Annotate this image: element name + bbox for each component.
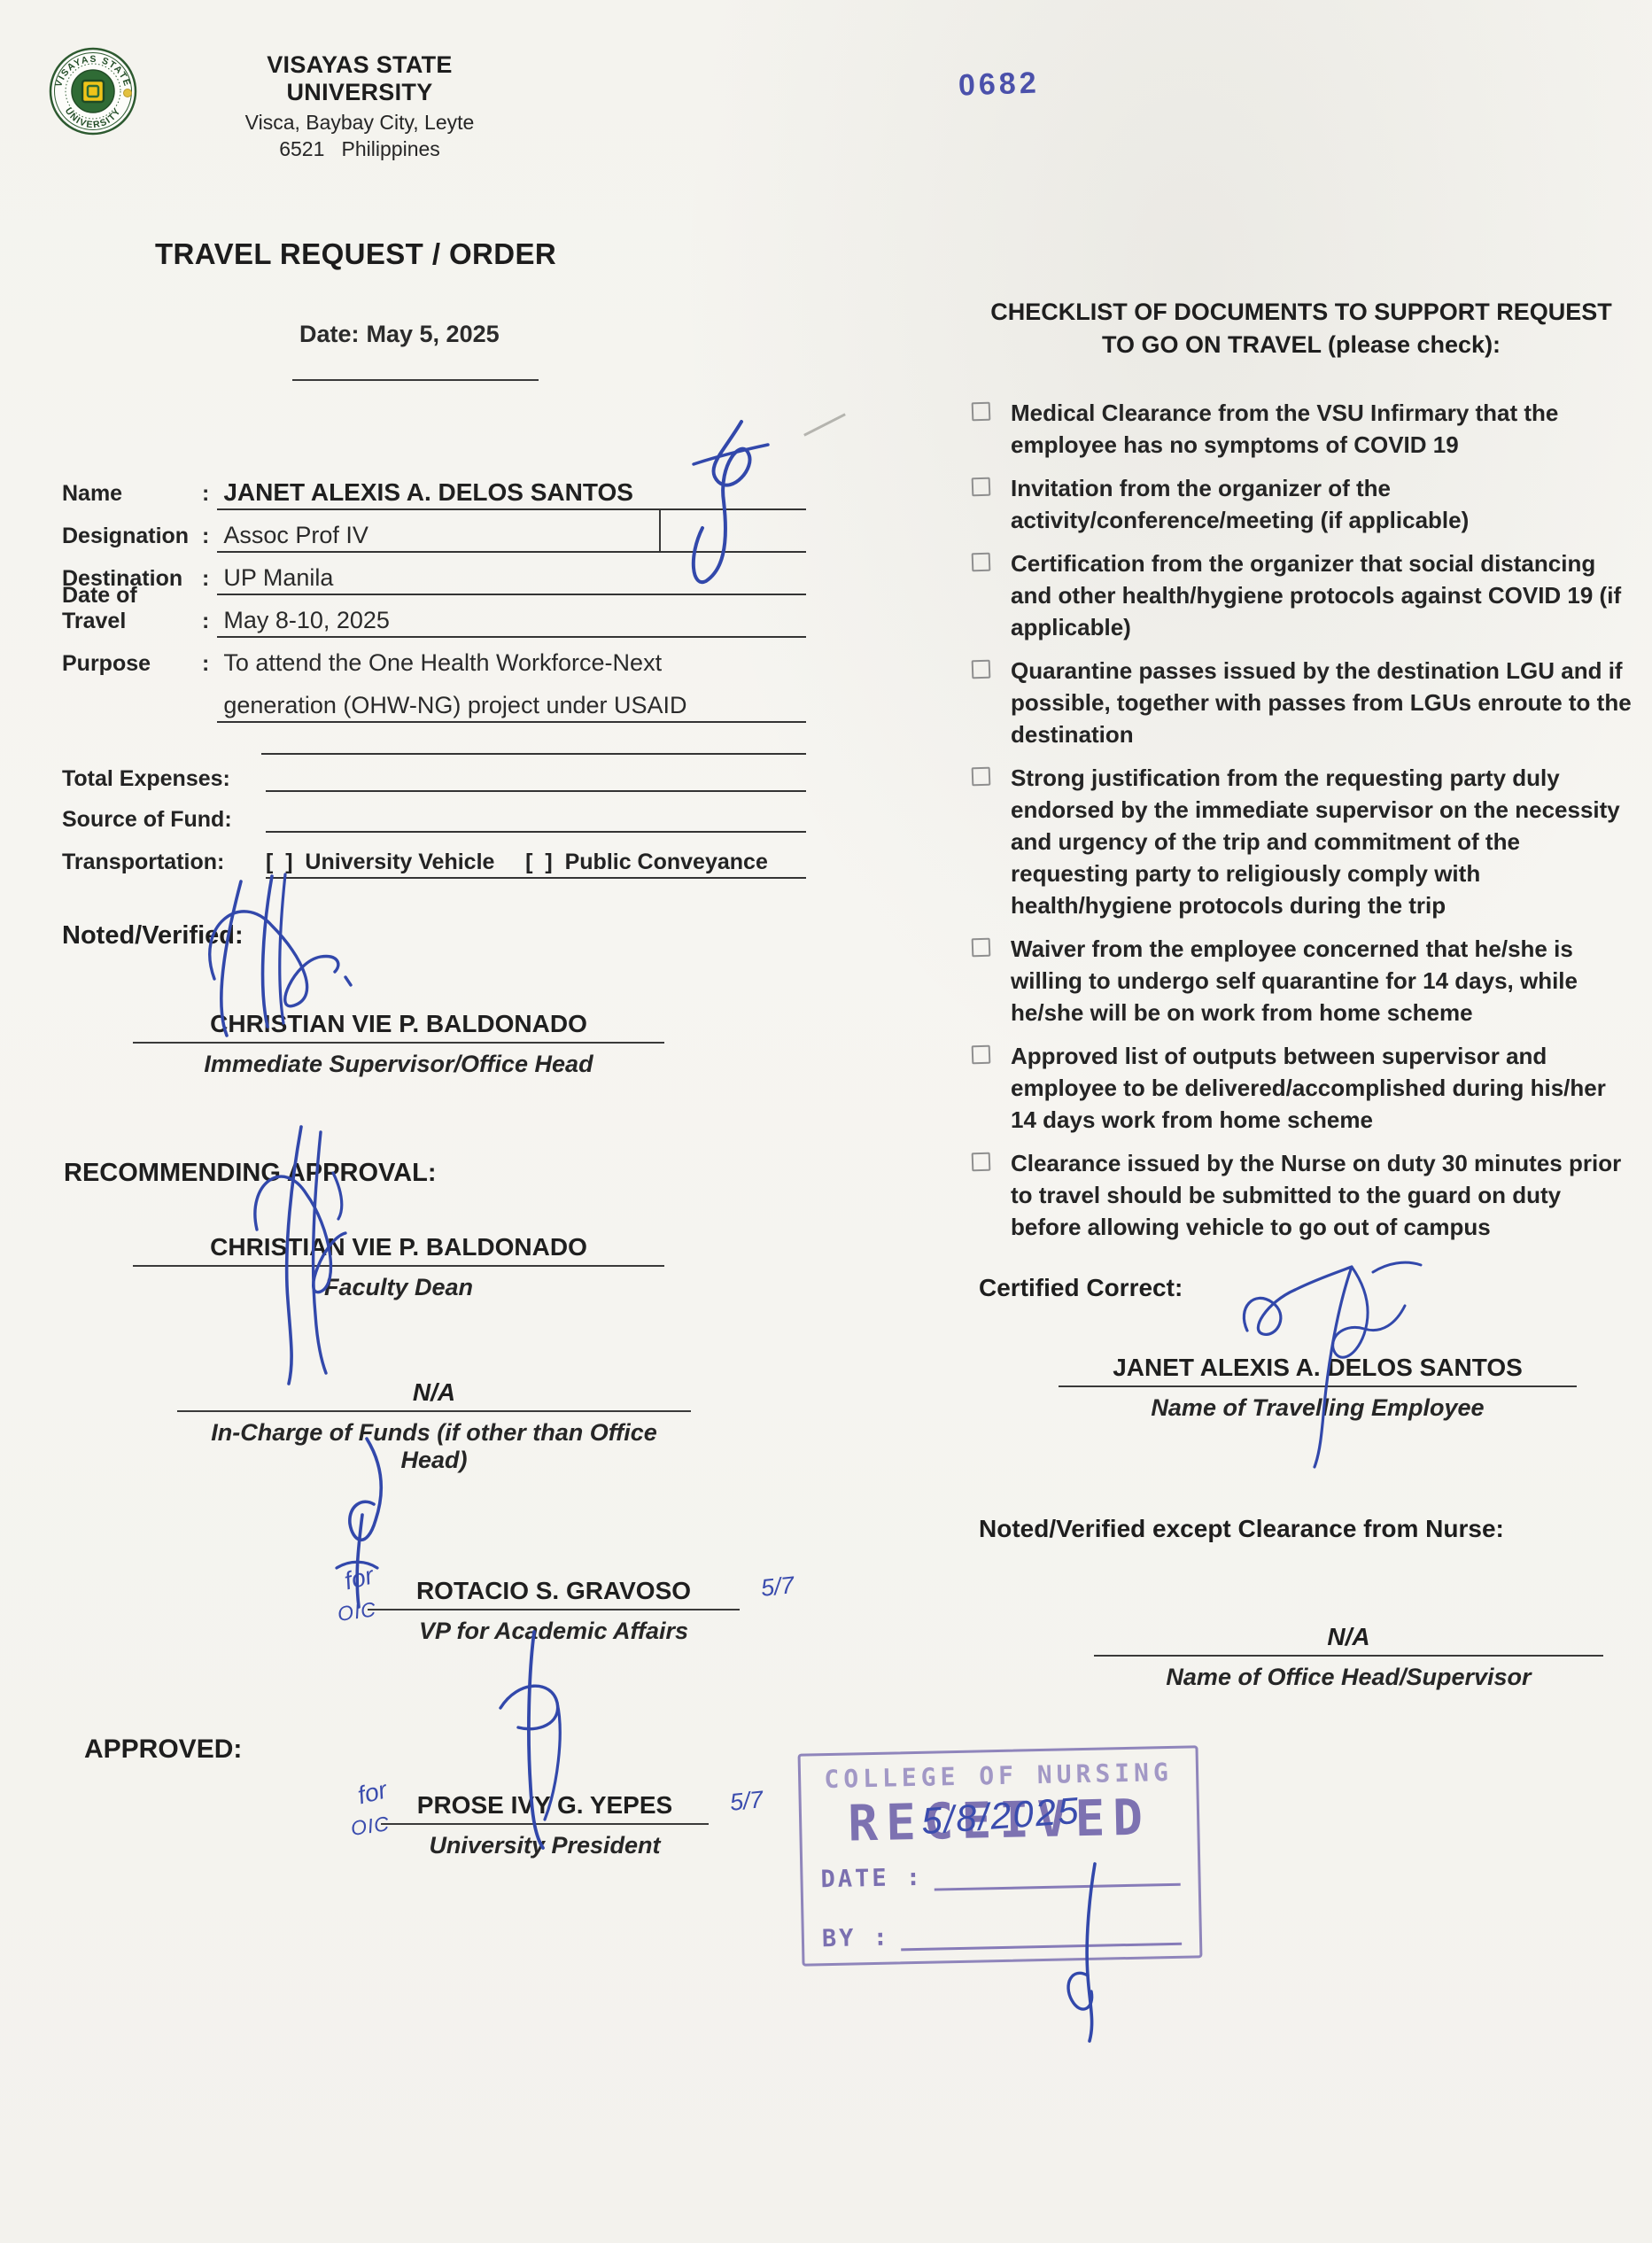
funds-signature-block: N/A In-Charge of Funds (if other than Of… (177, 1378, 691, 1474)
university-address-line2: 6521 Philippines (211, 137, 508, 161)
certified-correct-heading: Certified Correct: (979, 1274, 1183, 1302)
checkbox-icon (972, 1153, 991, 1172)
purpose-label: Purpose (62, 651, 202, 677)
designation-label: Designation (62, 524, 202, 549)
field-row-designation: Designation : Assoc Prof IV (62, 510, 806, 553)
received-stamp: COLLEGE OF NURSING RECEIVED DATE : BY : (798, 1745, 1203, 1966)
vp-signature-line (368, 1609, 740, 1610)
president-signature-block: for OIC 5/7 PROSE IVY G. YEPES Universit… (381, 1791, 709, 1859)
vp-name: ROTACIO S. GRAVOSO (368, 1577, 740, 1605)
form-fields: Name : JANET ALEXIS A. DELOS SANTOS Desi… (62, 468, 806, 755)
purpose-value-line2: generation (OHW-NG) project under USAID (223, 692, 686, 719)
transportation-underline (266, 877, 806, 879)
president-signature-line (381, 1823, 709, 1825)
stamp-date-row: DATE : (820, 1859, 1181, 1893)
checkbox-icon (972, 402, 991, 422)
checklist-items: Medical Clearance from the VSU Infirmary… (970, 397, 1633, 1243)
checkbox-icon (972, 938, 991, 958)
empty-continuation-row (62, 723, 806, 755)
checkbox-icon (972, 477, 991, 497)
funds-signature-line (177, 1410, 691, 1412)
travelling-employee-title: Name of Travelling Employee (1059, 1394, 1577, 1422)
transportation-label: Transportation: (62, 850, 266, 875)
travel-date-label: Date of Travel (62, 583, 202, 634)
letterhead: VISAYAS STATE UNIVERSITY Visca, Baybay C… (211, 51, 508, 161)
purpose-value-line1: To attend the One Health Workforce-Next (223, 649, 662, 677)
travel-date-value: May 8-10, 2025 (223, 607, 390, 634)
office-head-signature-line (1094, 1655, 1603, 1657)
field-row-travel-date: Date of Travel : May 8-10, 2025 (62, 595, 806, 638)
designation-colon: : (202, 524, 209, 549)
destination-colon: : (202, 566, 209, 592)
checklist-section: CHECKLIST OF DOCUMENTS TO SUPPORT REQUES… (970, 296, 1633, 1254)
checklist-item: Clearance issued by the Nurse on duty 30… (970, 1147, 1633, 1243)
name-colon: : (202, 481, 209, 507)
travel-request-document: VISAYAS STATE UNIVERSITY VISAYAS STATE U… (0, 0, 1652, 2243)
total-expenses-label: Total Expenses: (62, 766, 266, 792)
source-of-fund-row: Source of Fund: (62, 796, 806, 836)
field-row-name: Name : JANET ALEXIS A. DELOS SANTOS (62, 468, 806, 510)
university-seal-logo: VISAYAS STATE UNIVERSITY (49, 47, 137, 136)
transportation-row: Transportation: [ ] University Vehicle [… (62, 836, 806, 879)
name-value: JANET ALEXIS A. DELOS SANTOS (223, 478, 633, 507)
recommending-approval-heading: RECOMMENDING APPROVAL: (64, 1159, 437, 1188)
total-expenses-underline (266, 753, 806, 792)
pencil-check-mark (803, 413, 846, 436)
handwritten-control-number: 0682 (958, 66, 1040, 103)
dean-name: CHRISTIAN VIE P. BALDONADO (133, 1233, 664, 1261)
president-name: PROSE IVY G. YEPES (381, 1791, 709, 1820)
date-value: May 5, 2025 (367, 321, 500, 347)
name-label: Name (62, 481, 202, 507)
university-address-line1: Visca, Baybay City, Leyte (211, 111, 508, 135)
travel-date-colon: : (202, 609, 209, 634)
supervisor-name: CHRISTIAN VIE P. BALDONADO (133, 1010, 664, 1038)
office-head-title: Name of Office Head/Supervisor (1094, 1664, 1603, 1691)
purpose-colon: : (202, 651, 209, 677)
checklist-item: Waiver from the employee concerned that … (970, 933, 1633, 1028)
expenses-section: Total Expenses: Source of Fund: Transpor… (62, 755, 806, 879)
dean-title: Faculty Dean (133, 1274, 664, 1301)
vp-signature-block: for OIC 5/7 ROTACIO S. GRAVOSO VP for Ac… (368, 1577, 740, 1645)
stamp-date-label: DATE : (820, 1864, 923, 1893)
date-row: Date:May 5, 2025 (299, 321, 500, 348)
dean-signature-line (133, 1265, 664, 1267)
checklist-heading-line2: TO GO ON TRAVEL (please check): (970, 329, 1633, 361)
checklist-item: Medical Clearance from the VSU Infirmary… (970, 397, 1633, 461)
stamp-by-row: BY : (822, 1918, 1183, 1952)
checkbox-icon (972, 553, 991, 572)
checklist-item-text: Approved list of outputs between supervi… (1011, 1043, 1606, 1133)
checklist-item-text: Strong justification from the requesting… (1011, 764, 1620, 919)
travelling-employee-signature-line (1059, 1385, 1577, 1387)
checklist-item-text: Waiver from the employee concerned that … (1011, 935, 1578, 1026)
field-row-purpose: Purpose : To attend the One Health Workf… (62, 638, 806, 680)
travelling-employee-name: JANET ALEXIS A. DELOS SANTOS (1059, 1354, 1577, 1382)
destination-value: UP Manila (223, 564, 333, 592)
total-expenses-row: Total Expenses: (62, 755, 806, 796)
checklist-item-text: Invitation from the organizer of the act… (1011, 475, 1469, 533)
date-underline (292, 379, 539, 381)
field-row-purpose2: : generation (OHW-NG) project under USAI… (62, 680, 806, 723)
source-of-fund-underline (266, 794, 806, 833)
travelling-employee-block: JANET ALEXIS A. DELOS SANTOS Name of Tra… (1059, 1354, 1577, 1422)
office-head-na-value: N/A (1094, 1623, 1603, 1651)
date-label: Date: (299, 321, 360, 347)
checkbox-icon (972, 660, 991, 679)
checklist-item: Approved list of outputs between supervi… (970, 1040, 1633, 1136)
recommending-signature-block: CHRISTIAN VIE P. BALDONADO Faculty Dean (133, 1233, 664, 1301)
supervisor-title: Immediate Supervisor/Office Head (133, 1051, 664, 1078)
funds-title: In-Charge of Funds (if other than Office… (177, 1419, 691, 1474)
transportation-options: [ ] University Vehicle [ ] Public Convey… (266, 850, 768, 875)
document-title: TRAVEL REQUEST / ORDER (155, 237, 556, 271)
president-handwritten-date: 5/7 (729, 1786, 765, 1817)
checklist-item-text: Medical Clearance from the VSU Infirmary… (1011, 400, 1558, 458)
checklist-item: Quarantine passes issued by the destinat… (970, 655, 1633, 750)
university-name: VISAYAS STATE UNIVERSITY (211, 51, 508, 106)
supervisor-signature-line (133, 1042, 664, 1044)
checklist-item: Certification from the organizer that so… (970, 547, 1633, 643)
checklist-item-text: Quarantine passes issued by the destinat… (1011, 657, 1632, 748)
designation-value: Assoc Prof IV (223, 522, 368, 549)
checkbox-icon (972, 1045, 991, 1065)
noted-signature-block: CHRISTIAN VIE P. BALDONADO Immediate Sup… (133, 1010, 664, 1078)
vp-title: VP for Academic Affairs (368, 1618, 740, 1645)
checklist-item: Invitation from the organizer of the act… (970, 472, 1633, 536)
approved-heading: APPROVED: (84, 1735, 242, 1765)
vp-handwritten-date: 5/7 (760, 1572, 796, 1603)
president-title: University President (381, 1832, 709, 1859)
checklist-item-text: Certification from the organizer that so… (1011, 550, 1621, 640)
noted-verified-heading: Noted/Verified: (62, 921, 244, 951)
funds-na-value: N/A (177, 1378, 691, 1407)
stamp-by-label: BY : (822, 1924, 891, 1953)
office-head-block: N/A Name of Office Head/Supervisor (1094, 1623, 1603, 1691)
checklist-item: Strong justification from the requesting… (970, 762, 1633, 921)
checklist-item-text: Clearance issued by the Nurse on duty 30… (1011, 1150, 1621, 1240)
noted-except-heading: Noted/Verified except Clearance from Nur… (979, 1515, 1504, 1543)
name-cell-divider (659, 510, 661, 551)
stamp-by-line (901, 1943, 1182, 1952)
checklist-heading: CHECKLIST OF DOCUMENTS TO SUPPORT REQUES… (970, 296, 1633, 361)
checklist-heading-line1: CHECKLIST OF DOCUMENTS TO SUPPORT REQUES… (970, 296, 1633, 329)
stamp-date-line (934, 1883, 1180, 1891)
source-of-fund-label: Source of Fund: (62, 807, 266, 833)
checkbox-icon (972, 767, 991, 787)
